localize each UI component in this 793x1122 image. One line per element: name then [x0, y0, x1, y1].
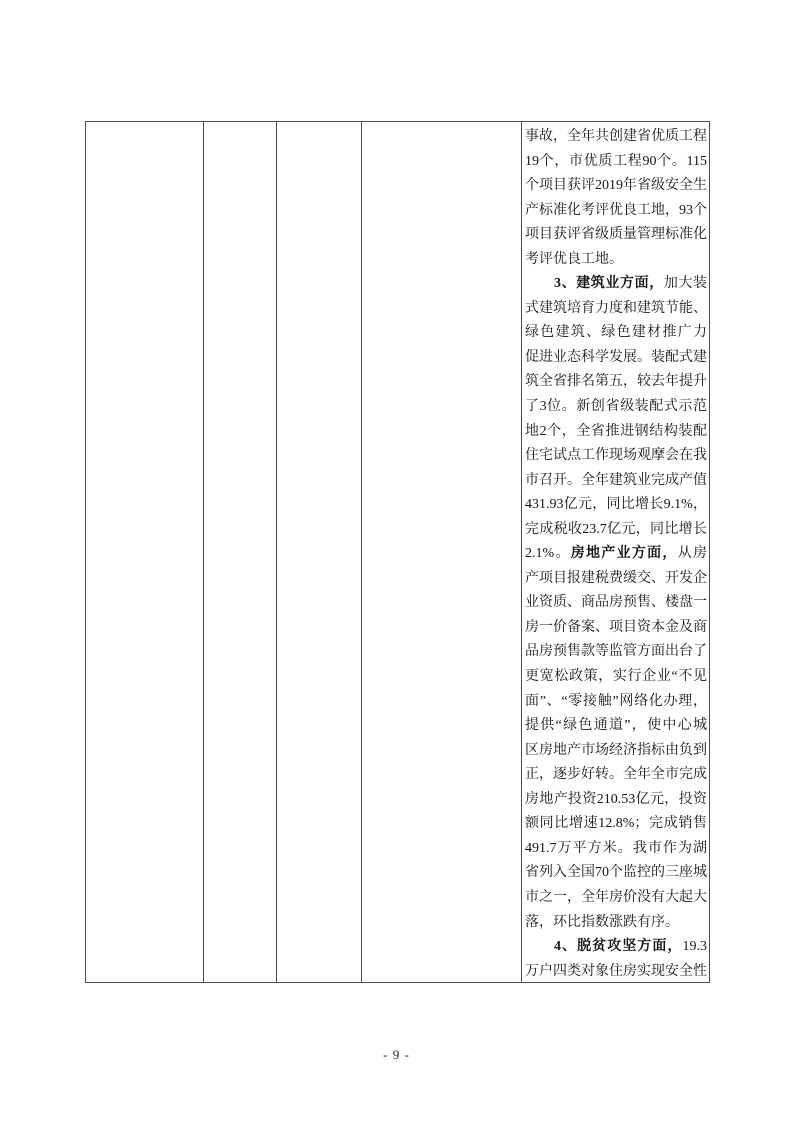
bold-text-segment: 4、脱贫攻坚方面， — [554, 939, 683, 954]
table-text-cell: 事故，全年共创建省优质工程19个，市优质工程90个。115个项目获评2019年省… — [522, 122, 709, 982]
text-line: 绿色建筑、绿色建材推广力度， — [525, 321, 707, 346]
text-line: 考评优良工地。 — [525, 248, 707, 273]
text-line: 式建筑培育力度和建筑节能、 — [525, 297, 707, 322]
text-segment: 431.93亿元，同比增长9.1%， — [525, 497, 707, 512]
text-line: 万户四类对象住房实现安全性 — [525, 960, 707, 982]
text-segment: 19.3 — [683, 939, 708, 954]
text-line: 19个，市优质工程90个。115 — [525, 150, 707, 175]
text-segment: 产项目报建税费缓交、开发企 — [525, 571, 707, 586]
text-line: 房地产投资210.53亿元，投资 — [525, 788, 707, 813]
text-segment: 绿色建筑、绿色建材推广力度， — [525, 325, 707, 346]
text-line: 2.1%。房地产业方面，从房地 — [525, 542, 707, 567]
table-cell-empty-2 — [204, 122, 277, 982]
text-segment: 房地产投资210.53亿元，投资 — [525, 792, 707, 807]
text-segment: 2.1%。 — [525, 546, 571, 561]
text-segment: 式建筑培育力度和建筑节能、 — [525, 301, 707, 316]
text-line: 更宽松政策，实行企业“不见 — [525, 665, 707, 690]
document-page: 事故，全年共创建省优质工程19个，市优质工程90个。115个项目获评2019年省… — [0, 0, 793, 1122]
bold-text-segment: 房地产业方面， — [571, 546, 678, 561]
text-line: 房一价备案、项目资本金及商 — [525, 616, 707, 641]
report-table: 事故，全年共创建省优质工程19个，市优质工程90个。115个项目获评2019年省… — [85, 121, 710, 983]
text-line: 提供“绿色通道”，使中心城 — [525, 714, 707, 739]
text-line: 品房预售款等监管方面出台了 — [525, 640, 707, 665]
text-line: 额同比增速12.8%；完成销售 — [525, 812, 707, 837]
text-line: 区房地产市场经济指标由负到 — [525, 739, 707, 764]
text-segment: 19个，市优质工程90个。115 — [525, 154, 707, 169]
text-line: 筑全省排名第五，较去年提升 — [525, 370, 707, 395]
text-segment: 正，逐步好转。全年全市完成 — [525, 767, 707, 782]
text-segment: 落，环比指数涨跌有序。 — [525, 915, 679, 930]
text-line: 491.7万平方米。我市作为湖南 — [525, 837, 707, 862]
text-segment: 省列入全国70个监控的三座城 — [525, 865, 707, 880]
text-line: 431.93亿元，同比增长9.1%， — [525, 493, 707, 518]
text-line: 市之一，全年房价没有大起大 — [525, 886, 707, 911]
text-line: 产项目报建税费缓交、开发企 — [525, 567, 707, 592]
page-number: - 9 - — [0, 1047, 793, 1063]
text-line: 省列入全国70个监控的三座城 — [525, 861, 707, 886]
text-segment: 491.7万平方米。我市作为湖南 — [525, 841, 707, 862]
text-segment: 市之一，全年房价没有大起大 — [525, 890, 707, 905]
text-segment: 事故，全年共创建省优质工程 — [525, 129, 707, 144]
text-segment: 产标准化考评优良工地，93个 — [525, 203, 707, 218]
text-line: 项目获评省级质量管理标准化 — [525, 223, 707, 248]
text-line: 个项目获评2019年省级安全生 — [525, 174, 707, 199]
text-line: 业资质、商品房预售、楼盘一 — [525, 591, 707, 616]
text-segment: 住宅试点工作现场观摩会在我 — [525, 448, 707, 463]
text-segment: 区房地产市场经济指标由负到 — [525, 743, 707, 758]
table-cell-empty-3 — [277, 122, 362, 982]
text-line: 完成税收23.7亿元，同比增长 — [525, 518, 707, 543]
text-line: 4、脱贫攻坚方面，19.3 — [525, 935, 707, 960]
text-line: 产标准化考评优良工地，93个 — [525, 199, 707, 224]
text-segment: 考评优良工地。 — [525, 252, 623, 267]
text-segment: 额同比增速12.8%；完成销售 — [525, 816, 707, 831]
text-segment: 促进业态科学发展。装配式建 — [525, 350, 707, 365]
text-line: 地2个，全省推进钢结构装配式 — [525, 420, 707, 445]
text-line: 3、建筑业方面，加大装配 — [525, 272, 707, 297]
text-segment: 提供“绿色通道”，使中心城 — [525, 718, 707, 733]
text-segment: 个项目获评2019年省级安全生 — [525, 178, 707, 193]
text-segment: 房一价备案、项目资本金及商 — [525, 620, 707, 635]
text-segment: 业资质、商品房预售、楼盘一 — [525, 595, 707, 610]
table-cell-empty-4 — [362, 122, 522, 982]
text-line: 落，环比指数涨跌有序。 — [525, 911, 707, 936]
text-line: 面”、“零接触”网络化办理， — [525, 690, 707, 715]
text-segment: 市召开。全年建筑业完成产值 — [525, 473, 707, 488]
text-segment: 面”、“零接触”网络化办理， — [525, 694, 707, 709]
text-segment: 品房预售款等监管方面出台了 — [525, 644, 707, 659]
text-segment: 完成税收23.7亿元，同比增长 — [525, 522, 707, 537]
text-segment: 项目获评省级质量管理标准化 — [525, 227, 707, 242]
text-line: 正，逐步好转。全年全市完成 — [525, 763, 707, 788]
text-line: 促进业态科学发展。装配式建 — [525, 346, 707, 371]
table-cell-empty-1 — [86, 122, 204, 982]
bold-text-segment: 3、建筑业方面， — [554, 276, 664, 291]
text-line: 住宅试点工作现场观摩会在我 — [525, 444, 707, 469]
text-segment: 地2个，全省推进钢结构装配式 — [525, 424, 707, 445]
text-segment: 万户四类对象住房实现安全性 — [525, 964, 707, 979]
text-line: 市召开。全年建筑业完成产值 — [525, 469, 707, 494]
text-line: 了3位。新创省级装配式示范基 — [525, 395, 707, 420]
text-line: 事故，全年共创建省优质工程 — [525, 125, 707, 150]
text-segment: 了3位。新创省级装配式示范基 — [525, 399, 707, 420]
text-segment: 筑全省排名第五，较去年提升 — [525, 374, 707, 389]
text-segment: 更宽松政策，实行企业“不见 — [525, 669, 707, 684]
